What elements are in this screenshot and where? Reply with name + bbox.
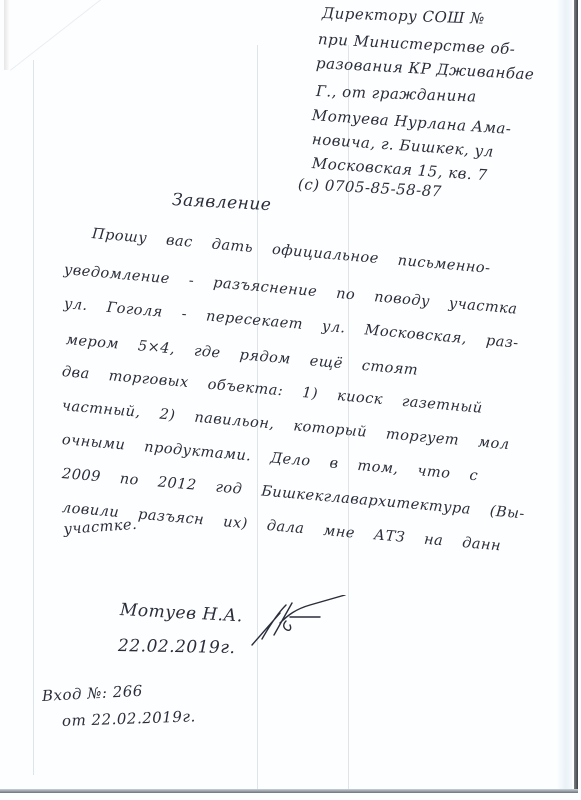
scan-edge-right — [574, 0, 578, 792]
addressee-line: Г., от гражданина — [316, 82, 477, 106]
scan-shadow-right — [556, 0, 572, 790]
paper-fold-diagonal — [10, 0, 113, 71]
scanned-document-page: Директору СОШ № при Министерстве об- раз… — [0, 0, 581, 800]
registration-date: от 22.02.2019г. — [62, 707, 196, 730]
document-title: Заявление — [171, 190, 271, 215]
signature-scribble-icon — [250, 595, 350, 650]
registration-number: Вход №: 266 — [42, 682, 144, 705]
scan-edge-bottom — [0, 789, 578, 793]
signer-name: Мотуев Н.А. — [119, 600, 243, 626]
paper-fold-line — [33, 60, 34, 775]
body-line: участке. — [63, 517, 138, 538]
scan-shadow-left — [4, 0, 10, 70]
signature-date: 22.02.2019г. — [118, 636, 236, 658]
addressee-line: Директору СОШ № — [322, 4, 486, 28]
